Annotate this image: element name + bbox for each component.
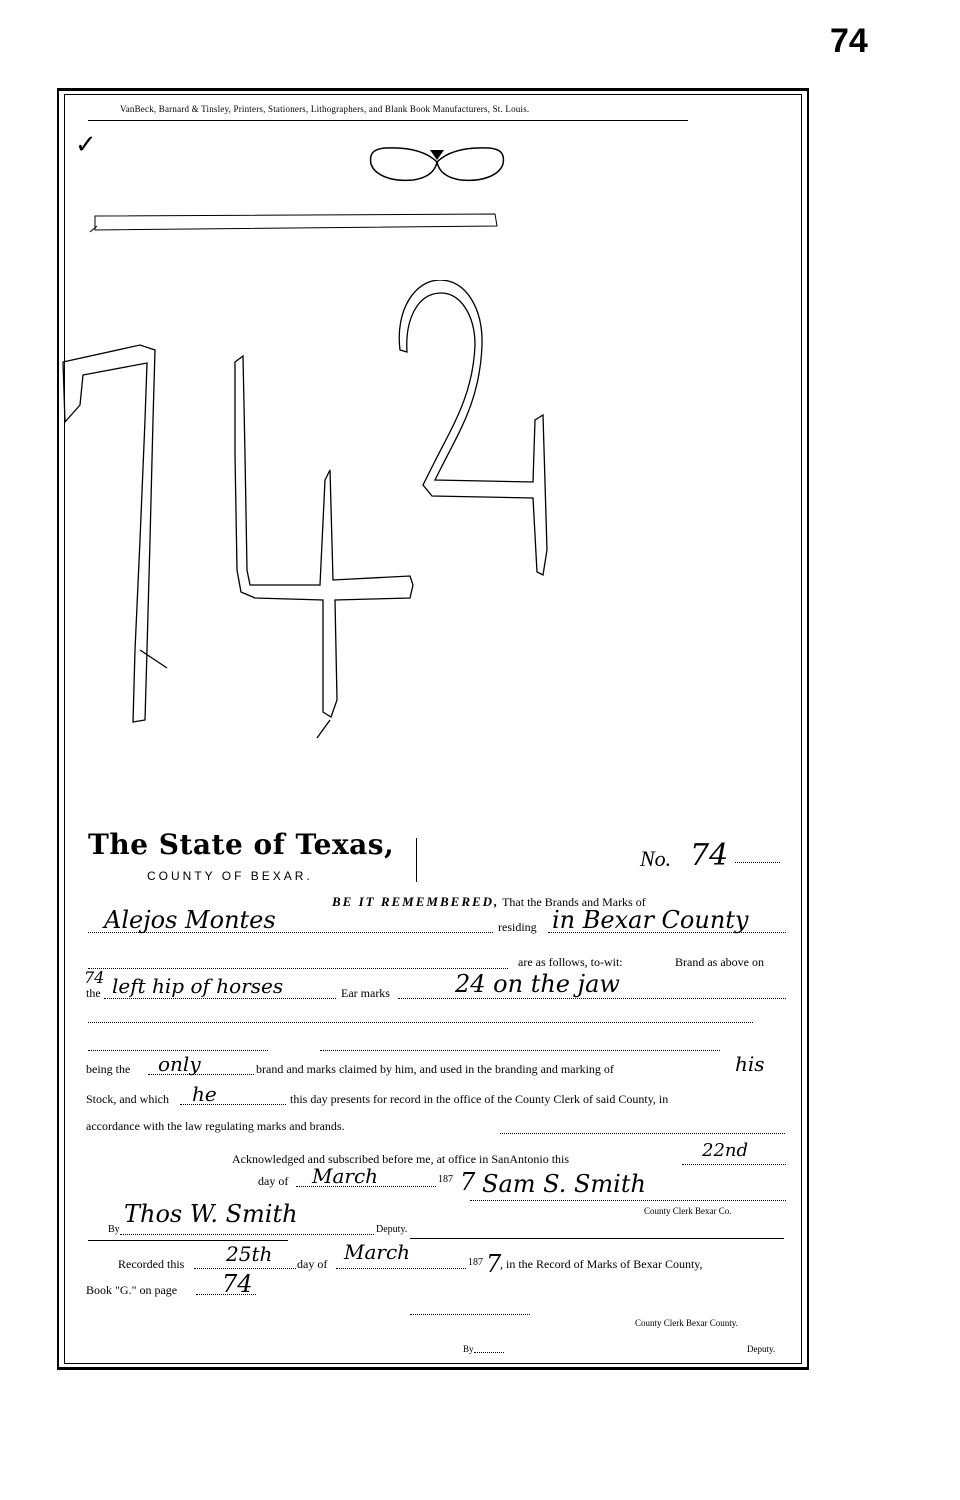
rec-day-value: 25th (226, 1242, 272, 1266)
ack-day-line (682, 1164, 786, 1165)
ack-rule-left (88, 1240, 288, 1241)
ack-month-value: March (312, 1164, 378, 1188)
branding-iron-bar-icon (85, 210, 505, 240)
recorded-this-label: Recorded this (118, 1257, 184, 1272)
his-value: his (735, 1052, 765, 1076)
rec-deputy-label: Deputy. (747, 1344, 775, 1354)
only-value: only (158, 1052, 201, 1076)
brand-location-value: left hip of horses (112, 974, 283, 998)
ack-year-suffix: 7 (460, 1168, 475, 1196)
ack-year-prefix: 187 (438, 1174, 453, 1185)
he-value: he (192, 1082, 217, 1106)
earmark-diagram-icon (365, 142, 510, 187)
brand-drawing-742-icon (55, 280, 815, 760)
owner-name: Alejos Montes (104, 906, 276, 934)
ear-marks-line (398, 998, 786, 999)
ear-marks-label: Ear marks (341, 986, 390, 1001)
clerk-title: County Clerk Bexar Co. (644, 1206, 732, 1216)
residing-label: residing (498, 920, 537, 935)
page-number: 74 (830, 22, 868, 61)
clerk-signature-line (470, 1200, 786, 1201)
rec-day-line (194, 1268, 296, 1269)
the-label: the (86, 986, 101, 1001)
acknowledgement-text: Acknowledged and subscribed before me, a… (232, 1152, 569, 1167)
clerk-signature: Sam S. Smith (482, 1170, 646, 1198)
blank-line-1 (88, 968, 508, 969)
page-value: 74 (222, 1270, 253, 1298)
as-follows-label: are as follows, to-wit: (518, 955, 623, 970)
stock-and-which-label: Stock, and which (86, 1092, 169, 1107)
rec-year-suffix: 7 (486, 1250, 501, 1278)
book-text: Book "G." on page (86, 1283, 177, 1298)
brand-as-above-label: Brand as above on (675, 955, 764, 970)
ack-day-value: 22nd (702, 1140, 748, 1161)
by-label: By (108, 1224, 120, 1235)
deputy-signature-line (120, 1234, 374, 1235)
being-the-label: being the (86, 1062, 130, 1077)
rec-year-prefix: 187 (468, 1257, 483, 1268)
rec-day-of-label: day of (297, 1257, 327, 1272)
record-number-label: No. (640, 846, 671, 872)
brand-location-prefix: 74 (84, 968, 104, 987)
ack-day-of-label: day of (258, 1174, 288, 1189)
deputy-label: Deputy. (376, 1224, 407, 1235)
county-label: COUNTY OF BEXAR. (147, 869, 313, 883)
record-number-value: 74 (690, 838, 728, 873)
rec-clerk-title: County Clerk Bexar County. (635, 1318, 738, 1328)
blank-line-3a (88, 1050, 268, 1051)
printer-rule (88, 120, 688, 121)
deputy-signature: Thos W. Smith (124, 1200, 298, 1228)
record-number-line (735, 862, 780, 863)
brand-claim-text: brand and marks claimed by him, and used… (256, 1062, 614, 1077)
ear-marks-value: 24 on the jaw (455, 970, 620, 998)
blank-line-2 (88, 1022, 753, 1023)
checkmark-icon: ✓ (75, 130, 97, 160)
rec-month-line (336, 1268, 466, 1269)
be-it-remembered-heading: BE IT REMEMBERED, (332, 894, 499, 909)
printer-line: VanBeck, Barnard & Tinsley, Printers, St… (120, 104, 720, 114)
presents-text: this day presents for record in the offi… (290, 1092, 668, 1107)
residence-value: in Bexar County (552, 906, 748, 934)
blank-line-4 (500, 1133, 785, 1134)
rec-month-value: March (344, 1240, 410, 1264)
blank-line-3b (320, 1050, 720, 1051)
rec-clerk-line (410, 1314, 530, 1315)
rec-by-line (474, 1352, 504, 1353)
title-brace (416, 838, 417, 882)
brand-location-line (104, 998, 336, 999)
document-title: The State of Texas, (88, 828, 394, 861)
record-text: , in the Record of Marks of Bexar County… (500, 1257, 703, 1272)
rec-by-label: By (463, 1344, 474, 1354)
accordance-text: accordance with the law regulating marks… (86, 1119, 345, 1134)
ack-rule (410, 1238, 784, 1239)
